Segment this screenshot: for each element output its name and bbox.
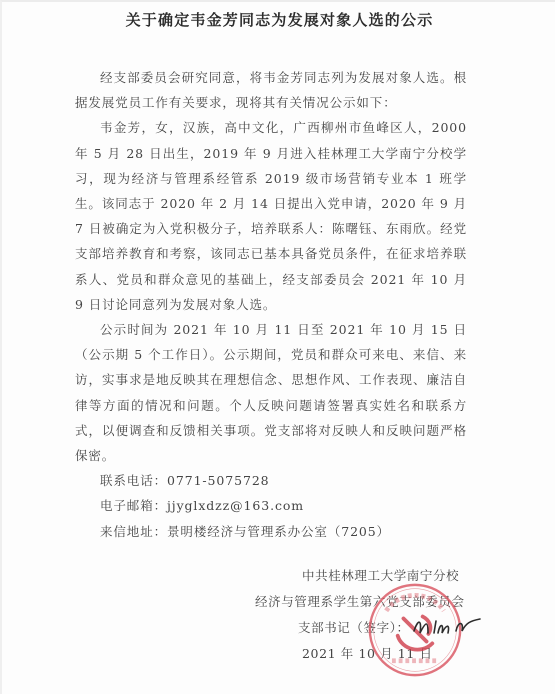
contact-email-label: 电子邮箱： <box>100 498 167 513</box>
contact-phone-value: 0771-5075728 <box>167 473 270 488</box>
contact-address-label: 来信地址： <box>100 524 167 539</box>
document-page: 关于确定韦金芳同志为发展对象人选的公示 经支部委员会研究同意，将韦金芳同志列为发… <box>0 0 555 694</box>
signature-org-line2: 经济与管理系学生第六党支部委员会 <box>255 589 532 615</box>
paragraph-candidate-info: 韦金芳，女，汉族，高中文化，广西柳州市鱼峰区人，2000 年 5 月 28 日出… <box>75 115 467 317</box>
contact-phone: 联系电话：0771-5075728 <box>75 468 467 493</box>
document-title: 关于确定韦金芳同志为发展对象人选的公示 <box>2 9 555 30</box>
contact-address-value: 景明楼经济与管理系办公室（7205） <box>167 524 390 539</box>
paragraph-intro: 经支部委员会研究同意，将韦金芳同志列为发展对象人选。根据发展党员工作有关要求，现… <box>75 65 467 115</box>
contact-email: 电子邮箱：jjyglxdzz@163.com <box>75 493 467 518</box>
signature-secretary-label: 支部书记（签字）： <box>298 615 532 641</box>
contact-phone-label: 联系电话： <box>100 473 167 488</box>
contact-address: 来信地址：景明楼经济与管理系办公室（7205） <box>75 519 467 544</box>
signature-date: 2021 年 10 月 11 日 <box>302 641 532 667</box>
signature-org-line1: 中共桂林理工大学南宁分校 <box>302 563 532 589</box>
signature-block: 中共桂林理工大学南宁分校 经济与管理系学生第六党支部委员会 支部书记（签字）： … <box>302 563 532 667</box>
contact-email-value: jjyglxdzz@163.com <box>167 498 304 513</box>
paragraph-publicity-period: 公示时间为 2021 年 10 月 11 日至 2021 年 10 月 15 日… <box>75 317 467 468</box>
document-body: 经支部委员会研究同意，将韦金芳同志列为发展对象人选。根据发展党员工作有关要求，现… <box>75 65 467 544</box>
